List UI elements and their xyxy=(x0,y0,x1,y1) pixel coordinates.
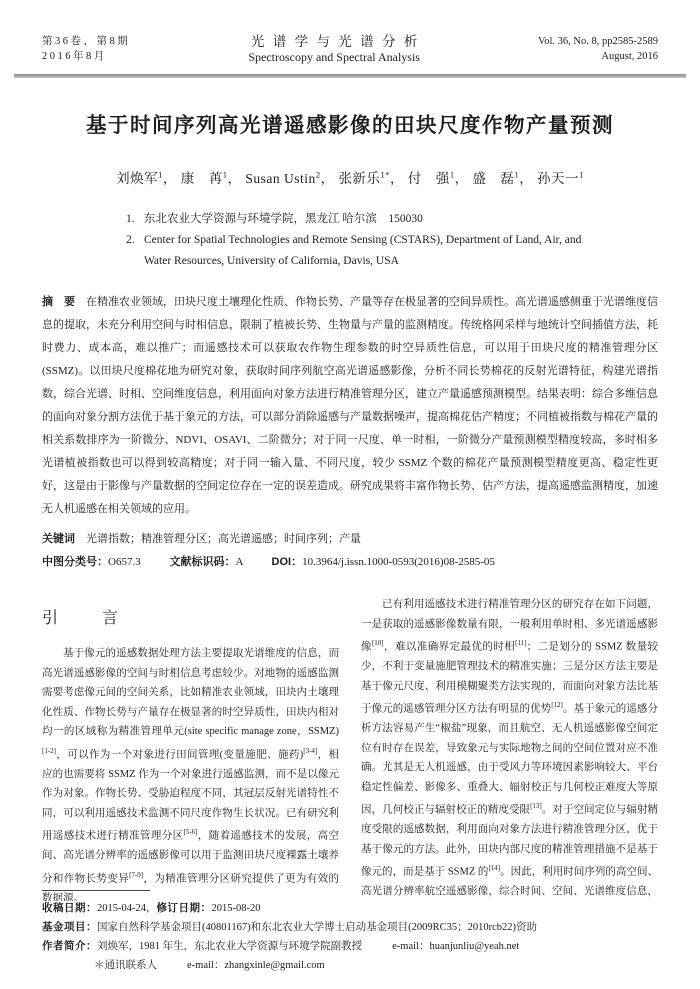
author: 张新乐1*， xyxy=(338,171,404,186)
funding-text: 国家自然科学基金项目(40801167)和东北农业大学博士启动基金项目(2009… xyxy=(97,922,537,933)
volume-pages-en: Vol. 36, No. 8, pp2585-2589 xyxy=(538,34,658,49)
doi-value: 10.3964/j.issn.1000-0593(2016)08-2585-05 xyxy=(302,556,495,568)
revised-date: 2015-08-20 xyxy=(212,903,261,914)
author: 付 强1， xyxy=(408,171,469,186)
volume-issue-cn: 第36卷，第8期 xyxy=(42,34,130,49)
doc-code-value: A xyxy=(235,556,242,568)
journal-header: 第36卷，第8期 2016年8月 光谱学与光谱分析 Spectroscopy a… xyxy=(42,34,658,65)
issue-date-cn: 2016年8月 xyxy=(42,49,130,64)
author: 孙天一1 xyxy=(537,171,584,186)
author-line: 刘焕军1， 康 苒1， Susan Ustin2， 张新乐1*， 付 强1， 盛… xyxy=(42,167,658,187)
affiliation-item: 2. Center for Spatial Technologies and R… xyxy=(126,230,658,272)
corresponding-email: e-mail：zhangxinle@gmail.com xyxy=(187,960,325,971)
doc-code-label: 文献标识码： xyxy=(169,556,235,568)
received-line: 收稿日期：2015-04-24，修订日期：2015-08-20 xyxy=(42,899,658,918)
corresponding-author-note: ＊通讯联系人 xyxy=(94,960,157,971)
right-column: 已有利用遥感技术进行精准管理分区的研究存在如下问题，一是获取的遥感影像数量有限，… xyxy=(361,595,658,901)
abstract: 摘 要在精准农业领域，田块尺度土壤理化性质、作物长势、产量等存在极显著的空间异质… xyxy=(42,291,658,521)
classification-line: 中图分类号：O657.3 文献标识码：A DOI：10.3964/j.issn.… xyxy=(42,551,658,573)
intro-paragraph-1: 基于像元的遥感数据处理方法主要提取光谱维度的信息，而高光谱遥感影像的空间与时相信… xyxy=(42,644,339,901)
author-bio-line: 作者简介：刘焕军，1981 年生，东北农业大学资源与环境学院副教授e-mail：… xyxy=(42,937,658,956)
journal-title-cn: 光谱学与光谱分析 xyxy=(139,34,538,50)
paper-page: 第36卷，第8期 2016年8月 光谱学与光谱分析 Spectroscopy a… xyxy=(0,0,700,989)
abstract-label: 摘 要 xyxy=(42,296,75,308)
section-heading-introduction: 引 言 xyxy=(42,605,339,628)
keywords-line: 关键词光谱指数；精准管理分区；高光谱遥感；时间序列；产量 xyxy=(42,528,658,550)
journal-title-block: 光谱学与光谱分析 Spectroscopy and Spectral Analy… xyxy=(130,34,538,65)
issue-date-en: August, 2016 xyxy=(538,49,658,64)
author-email: e-mail：huanjunliu@yeah.net xyxy=(392,941,519,952)
left-column: 引 言 基于像元的遥感数据处理方法主要提取光谱维度的信息，而高光谱遥感影像的空间… xyxy=(42,595,339,901)
intro-paragraph-2: 已有利用遥感技术进行精准管理分区的研究存在如下问题，一是获取的遥感影像数量有限，… xyxy=(361,595,658,901)
volume-issue-block: 第36卷，第8期 2016年8月 xyxy=(42,34,130,64)
doi-label: DOI： xyxy=(272,556,303,568)
keywords-label: 关键词 xyxy=(42,533,75,545)
corresponding-author-line: ＊通讯联系人e-mail：zhangxinle@gmail.com xyxy=(42,956,658,975)
footnote-block: 收稿日期：2015-04-24，修订日期：2015-08-20 基金项目：国家自… xyxy=(42,890,658,975)
author-bio-label: 作者简介： xyxy=(42,940,97,952)
author: Susan Ustin2， xyxy=(245,171,334,186)
affiliation-item: 1. 东北农业大学资源与环境学院，黑龙江 哈尔滨 150030 xyxy=(126,209,658,230)
body-columns: 引 言 基于像元的遥感数据处理方法主要提取光谱维度的信息，而高光谱遥感影像的空间… xyxy=(42,595,658,901)
clc-value: O657.3 xyxy=(108,556,141,568)
funding-line: 基金项目：国家自然科学基金项目(40801167)和东北农业大学博士启动基金项目… xyxy=(42,918,658,937)
volume-pages-block: Vol. 36, No. 8, pp2585-2589 August, 2016 xyxy=(538,34,658,64)
abstract-text: 在精准农业领域，田块尺度土壤理化性质、作物长势、产量等存在极显著的空间异质性。高… xyxy=(42,296,658,515)
journal-title-en: Spectroscopy and Spectral Analysis xyxy=(130,50,538,65)
received-date: 2015-04-24， xyxy=(97,903,157,914)
author: 康 苒1， xyxy=(181,171,242,186)
affiliations: 1. 东北农业大学资源与环境学院，黑龙江 哈尔滨 150030 2. Cente… xyxy=(126,209,658,272)
footnote-divider xyxy=(42,890,150,891)
author-bio-text: 刘焕军，1981 年生，东北农业大学资源与环境学院副教授 xyxy=(97,941,362,952)
author: 刘焕军1， xyxy=(116,171,177,186)
author: 盛 磊1， xyxy=(472,171,533,186)
revised-label: 修订日期： xyxy=(157,902,212,914)
article-title: 基于时间序列高光谱遥感影像的田块尺度作物产量预测 xyxy=(42,108,658,138)
clc-label: 中图分类号： xyxy=(42,556,108,568)
funding-label: 基金项目： xyxy=(42,921,97,933)
keywords-text: 光谱指数；精准管理分区；高光谱遥感；时间序列；产量 xyxy=(86,533,361,545)
received-label: 收稿日期： xyxy=(42,902,97,914)
header-divider xyxy=(14,74,686,78)
